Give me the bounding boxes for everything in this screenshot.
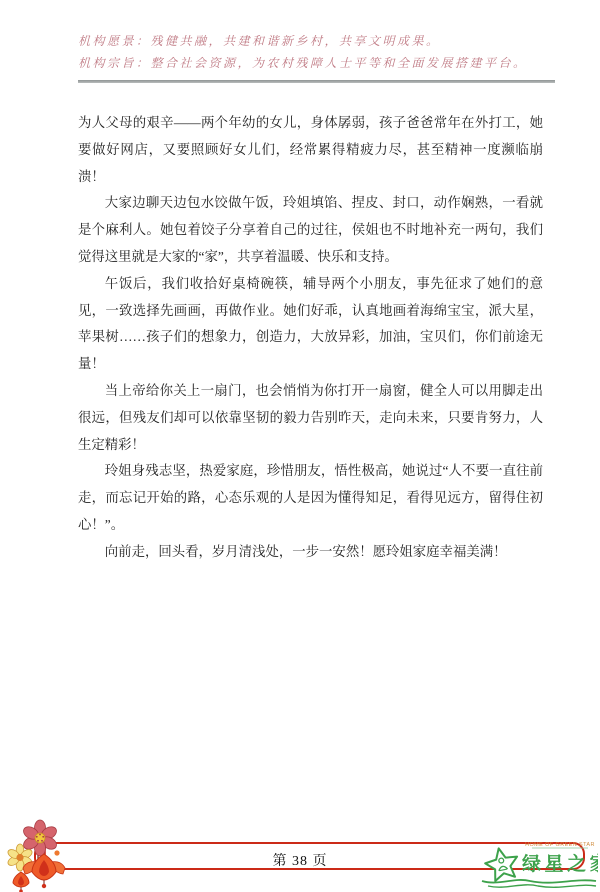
logo-subtext: HOME OF GREEN STAR [525, 842, 595, 848]
body-paragraph: 向前走，回头看，岁月清浅处，一步一安然！愿玲姐家庭幸福美满！ [78, 539, 543, 566]
org-mission-line: 机构宗旨：整合社会资源，为农村残障人士平等和全面发展搭建平台。 [78, 52, 555, 74]
body-paragraph: 玲姐身残志坚，热爱家庭，珍惜朋友，悟性极高，她说过“人不要一直往前走，而忘记开始… [78, 458, 543, 538]
wave-line-icon [482, 880, 596, 883]
star-icon [483, 845, 521, 882]
small-lotus-icon [13, 872, 29, 892]
logo-text: 绿星之家 [522, 852, 598, 875]
body-paragraph: 为人父母的艰辛——两个年幼的女儿，身体孱弱，孩子爸爸常年在外打工，她要做好网店，… [78, 110, 543, 190]
body-paragraph: 大家边聊天边包水饺做午饭，玲姐填馅、捏皮、封口，动作娴熟，一看就是个麻利人。她包… [78, 190, 543, 270]
body-paragraph: 当上帝给你关上一扇门，也会悄悄为你打开一扇窗，健全人可以用脚走出很远，但残友们却… [78, 378, 543, 458]
flower-ornament-icon [0, 816, 88, 892]
green-star-logo: HOME OF GREEN STAR 绿星之家 [474, 836, 598, 892]
document-page: 机构愿景：残健共融，共建和谐新乡村，共享文明成果。 机构宗旨：整合社会资源，为农… [0, 0, 600, 892]
body-paragraph: 午饭后，我们收拾好桌椅碗筷，辅导两个小朋友，事先征求了她们的意见，一致选择先画画… [78, 271, 543, 378]
header-divider [78, 80, 555, 83]
page-header: 机构愿景：残健共融，共建和谐新乡村，共享文明成果。 机构宗旨：整合社会资源，为农… [78, 30, 555, 83]
flower-dot-icon [54, 850, 59, 855]
wave-line-icon [488, 885, 596, 887]
org-vision-line: 机构愿景：残健共融，共建和谐新乡村，共享文明成果。 [78, 30, 555, 52]
article-body: 为人父母的艰辛——两个年幼的女儿，身体孱弱，孩子爸爸常年在外打工，她要做好网店，… [78, 110, 543, 566]
